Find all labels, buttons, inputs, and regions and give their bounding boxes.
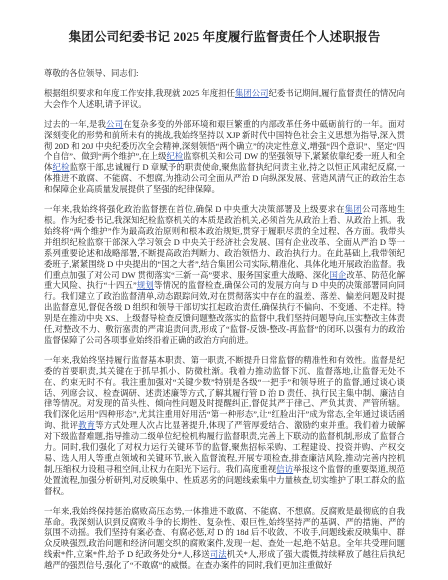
text-run: 一年来,我始终将强化政治监督摆在首位,确保 D 中央重大决策部署及上级要求在 (44, 205, 345, 214)
text-run: 根据组织要求和年度工作安排,我现就 2025 年度担任 (44, 89, 235, 98)
paragraph: 一年来,我始终保持惩治腐败高压态势,一体推进不敢腐、不能腐、不想腐。反腐败是最彻… (44, 507, 405, 572)
text-link[interactable]: 集团 (345, 205, 362, 214)
text-run: 等情况的监督检查,确保公司的发展方向与 D 中央的决策部署同向同行。我们建立了政… (44, 281, 405, 345)
text-link[interactable]: 纪检 (167, 152, 184, 161)
text-link[interactable]: 国企 (330, 271, 347, 280)
text-link[interactable]: 信访 (276, 465, 293, 474)
text-run: 一年来,我始终坚持履行监督基本职责、第一职责,不断提升日常监督的精准性和有效性。… (44, 356, 405, 430)
text-run: 监察干部,忠诚履行 D 章赋予的职责使命,聚焦监督执纪问责主业,持之以恒正风肃纪… (44, 163, 405, 194)
greeting-line: 尊敬的各位领导、同志们: (44, 69, 405, 80)
text-link[interactable]: 教育 (78, 421, 95, 430)
paragraph: 过去的一年,是我公司在复杂多变的外部环境和艰巨繁重的内部改革任务中砥砺前行的一年… (44, 120, 405, 196)
text-link[interactable]: 司法 (210, 550, 227, 559)
text-run: 过去的一年,是我 (44, 120, 106, 129)
document-content: 集团公司纪委书记 2025 年度履行监督责任个人述职报告 尊敬的各位领导、同志们… (0, 0, 448, 580)
text-run: 公司落地生根。作为纪委书记,我深知纪检监察机关的本质是政治机关,必须首先从政治上… (44, 205, 405, 279)
paragraph: 一年来,我始终坚持履行监督基本职责、第一职责,不断提升日常监督的精准性和有效性。… (44, 356, 405, 498)
document-title: 集团公司纪委书记 2025 年度履行监督责任个人述职报告 (44, 30, 405, 45)
text-link[interactable]: 公司 (106, 120, 123, 129)
paragraph: 根据组织要求和年度工作安排,我现就 2025 年度担任集团公司纪委书记期间,履行… (44, 89, 405, 111)
text-link[interactable]: 纪检 (53, 163, 70, 172)
document-page: { "page": { "background": "#ffffff", "te… (0, 0, 448, 580)
text-link[interactable]: 集团公司 (235, 89, 269, 98)
paragraph: 一年来,我始终将强化政治监督摆在首位,确保 D 中央重大决策部署及上级要求在集团… (44, 205, 405, 347)
text-link[interactable]: 规划 (137, 281, 154, 290)
document-body: 根据组织要求和年度工作安排,我现就 2025 年度担任集团公司纪委书记期间,履行… (44, 89, 405, 572)
